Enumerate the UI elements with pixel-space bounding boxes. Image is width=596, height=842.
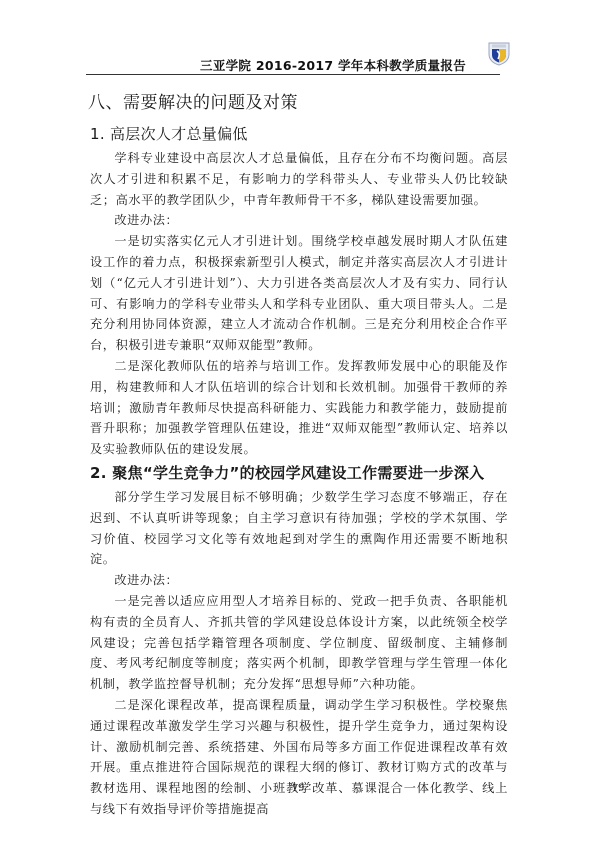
section-heading: 八、需要解决的问题及对策 <box>88 88 508 113</box>
header-divider <box>86 74 500 75</box>
paragraph: 改进办法： <box>90 210 508 231</box>
subsection-heading-2: 2. 聚焦“学生竞争力”的校园学风建设工作需要进一步深入 <box>90 462 508 483</box>
paragraph: 二是深化教师队伍的培养与培训工作。发挥教师发展中心的职能及作用，构建教师和人才队… <box>90 356 508 460</box>
paragraph: 二是深化课程改革，提高课程质量，调动学生学习积极性。学校聚焦通过课程改革激发学生… <box>90 695 508 820</box>
page-number: 19 <box>0 783 596 794</box>
subsection-heading-1: 1. 高层次人才总量偏低 <box>90 123 508 144</box>
paragraph: 一是完善以适应应用型人才培养目标的、党政一把手负责、各职能机构有责的全员育人、齐… <box>90 591 508 695</box>
page-header: 三亚学院 2016-2017 学年本科教学质量报告 <box>86 40 506 76</box>
paragraph: 一是切实落实亿元人才引进计划。围绕学校卓越发展时期人才队伍建设工作的着力点，积极… <box>90 231 508 356</box>
paragraph: 部分学生学习发展目标不够明确；少数学生学习态度不够端正，存在迟到、不认真听讲等现… <box>90 487 508 570</box>
university-logo-icon <box>487 40 511 66</box>
document-body: 八、需要解决的问题及对策 1. 高层次人才总量偏低 学科专业建设中高层次人才总量… <box>90 88 508 820</box>
paragraph: 改进办法： <box>90 570 508 591</box>
paragraph: 学科专业建设中高层次人才总量偏低，且存在分布不均衡问题。高层次人才引进和积累不足… <box>90 148 508 210</box>
report-title: 三亚学院 2016-2017 学年本科教学质量报告 <box>200 56 466 74</box>
